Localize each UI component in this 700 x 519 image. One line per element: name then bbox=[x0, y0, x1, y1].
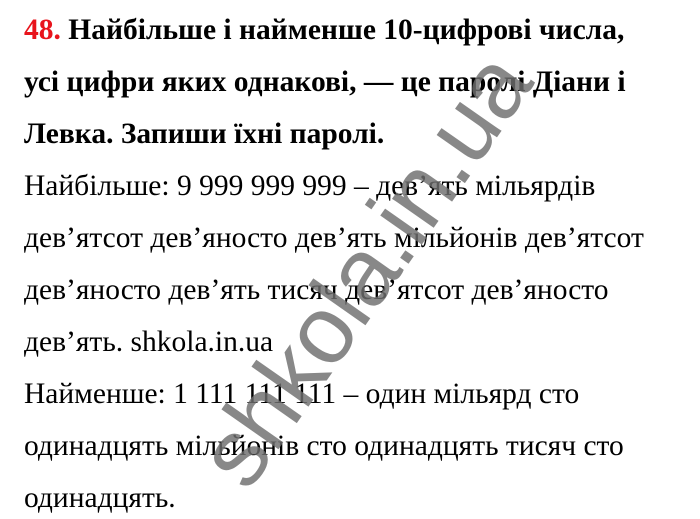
task-question-line-3: Левка. Запиши їхні паролі. bbox=[24, 117, 384, 151]
answer-line: дев’ять. shkola.in.ua bbox=[24, 325, 273, 359]
answer-line-largest: Найбільше: 9 999 999 999 – дев’ять мілья… bbox=[24, 169, 595, 203]
answer-line: одинадцять мільйонів сто одинадцять тися… bbox=[24, 429, 624, 463]
answer-line: дев’яносто дев’ять тисяч дев’ятсот дев’я… bbox=[24, 273, 609, 307]
document-page: 48. Найбільше і найменше 10-цифрові числ… bbox=[0, 0, 700, 519]
answer-line: одинадцять. bbox=[24, 481, 176, 515]
answer-line-smallest: Найменше: 1 111 111 111 – один мільярд с… bbox=[24, 377, 579, 411]
task-question-text: Найбільше і найменше 10-цифрові числа, bbox=[68, 14, 624, 46]
task-question-line-1: 48. Найбільше і найменше 10-цифрові числ… bbox=[24, 13, 624, 47]
answer-line: дев’ятсот дев’яносто дев’ять мільйонів д… bbox=[24, 221, 644, 255]
task-number: 48. bbox=[24, 14, 61, 46]
task-question-line-2: усі цифри яких однакові, — це паролі Діа… bbox=[24, 65, 626, 99]
